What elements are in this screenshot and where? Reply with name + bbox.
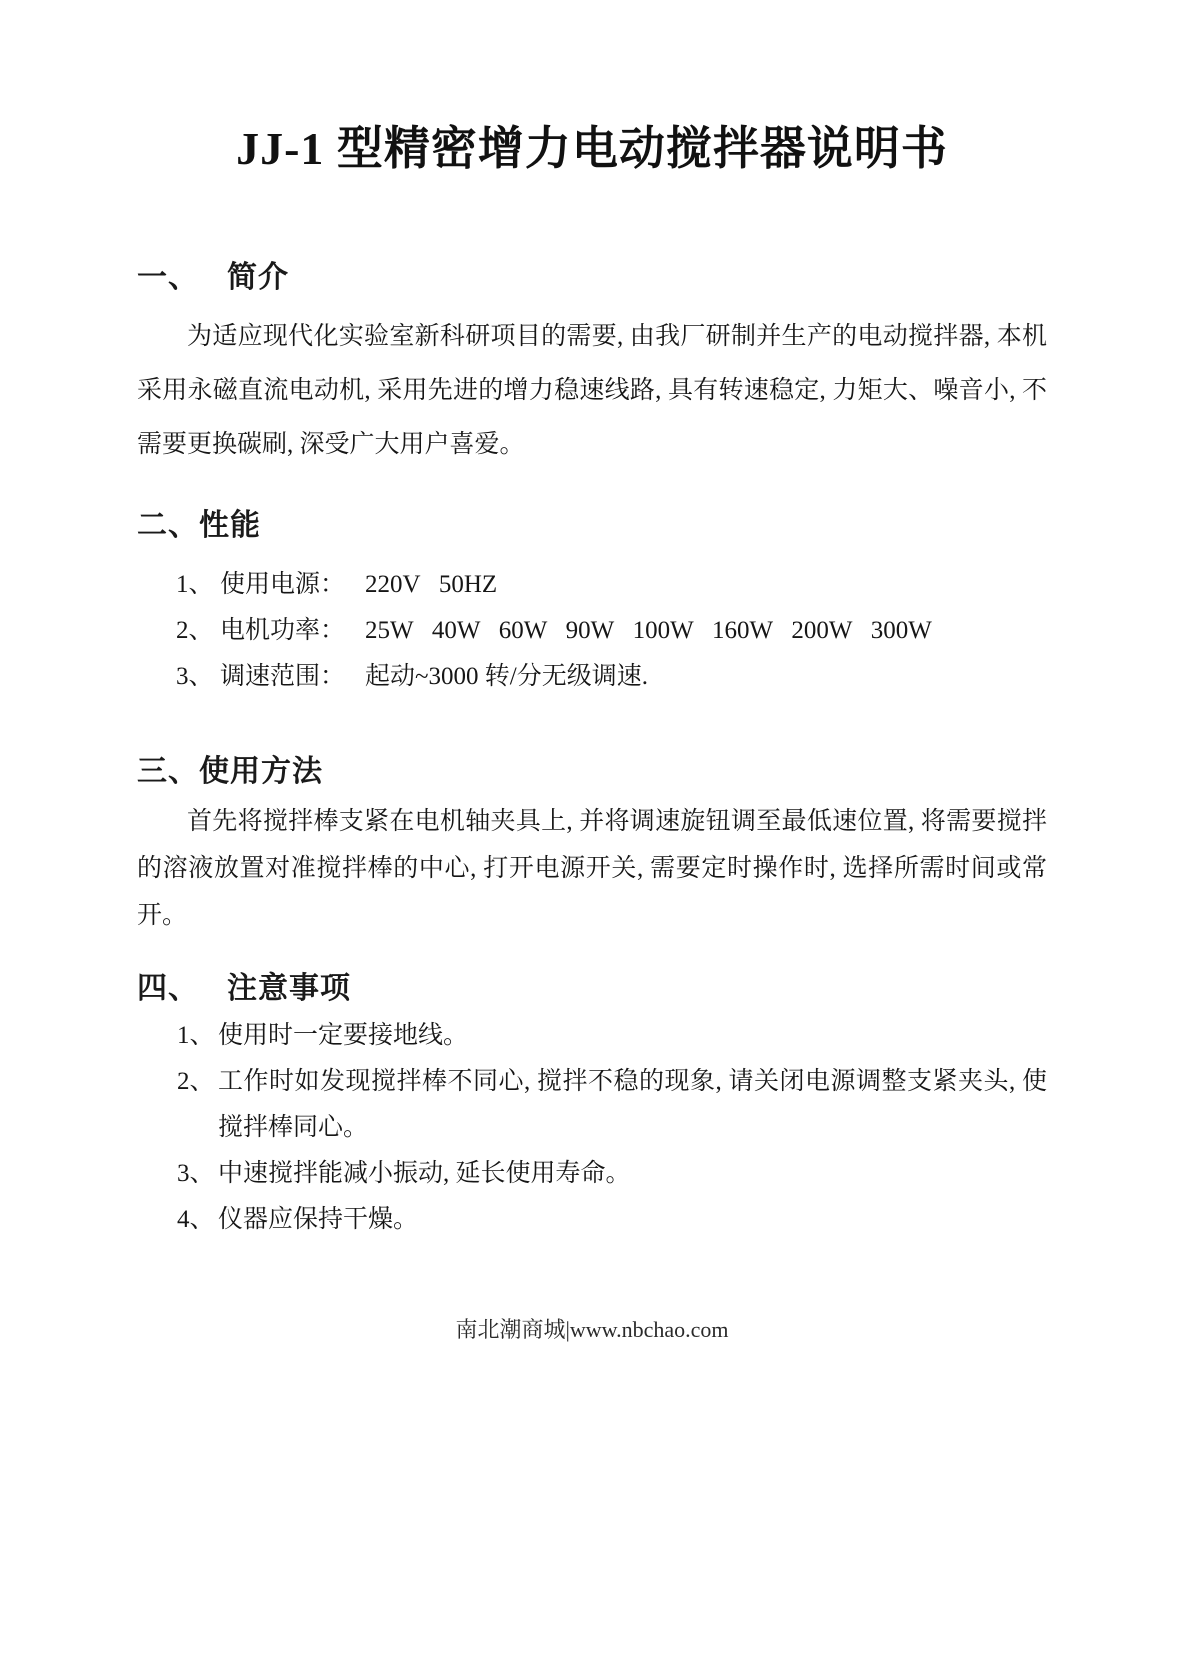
- item-number: 2、: [177, 1059, 218, 1151]
- item-label: 调速范围：: [220, 654, 365, 700]
- notes-list: 1、 使用时一定要接地线。 2、 工作时如发现搅拌棒不同心, 搅拌不稳的现象, …: [137, 1013, 1047, 1243]
- spec-row-power-supply: 1、 使用电源： 220V 50HZ: [176, 562, 1047, 608]
- intro-paragraph: 为适应现代化实验室新科研项目的需要, 由我厂研制并生产的电动搅拌器, 本机采用永…: [137, 310, 1047, 472]
- spec-list: 1、 使用电源： 220V 50HZ 2、 电机功率： 25W 40W 60W …: [137, 562, 1047, 700]
- footer: 南北潮商城|www.nbchao.com: [137, 1315, 1047, 1345]
- manual-page: JJ-1 型精密增力电动搅拌器说明书 一、简介 为适应现代化实验室新科研项目的需…: [0, 0, 1200, 1664]
- usage-paragraph: 首先将搅拌棒支紧在电机轴夹具上, 并将调速旋钮调至最低速位置, 将需要搅拌的溶液…: [137, 798, 1047, 939]
- item-value: 起动~3000 转/分无级调速.: [365, 654, 648, 700]
- document-title: JJ-1 型精密增力电动搅拌器说明书: [137, 118, 1047, 180]
- item-value: 220V 50HZ: [365, 562, 497, 608]
- section-title: 注意事项: [227, 972, 351, 1005]
- section-title: 简介: [227, 261, 289, 294]
- item-label: 电机功率：: [220, 608, 365, 654]
- section-heading-usage: 三、使用方法: [137, 752, 1047, 792]
- item-number: 4、: [177, 1197, 218, 1243]
- item-number: 1、: [176, 562, 220, 608]
- note-row: 4、 仪器应保持干燥。: [177, 1197, 1047, 1243]
- section-number: 三、: [137, 755, 199, 788]
- item-number: 1、: [177, 1013, 218, 1059]
- section-title: 性能: [199, 509, 261, 542]
- section-heading-precautions: 四、注意事项: [137, 969, 1047, 1009]
- spec-row-speed-range: 3、 调速范围： 起动~3000 转/分无级调速.: [176, 654, 1047, 700]
- section-heading-performance: 二、性能: [137, 506, 1047, 546]
- footer-watermark-text: 南北潮商城|www.nbchao.com: [455, 1317, 728, 1342]
- note-row: 3、 中速搅拌能减小振动, 延长使用寿命。: [177, 1151, 1047, 1197]
- section-number: 一、: [137, 261, 199, 294]
- item-number: 3、: [177, 1151, 218, 1197]
- note-text: 仪器应保持干燥。: [218, 1197, 1047, 1243]
- section-heading-intro: 一、简介: [137, 258, 1047, 298]
- note-text: 工作时如发现搅拌棒不同心, 搅拌不稳的现象, 请关闭电源调整支紧夹头, 使搅拌棒…: [218, 1059, 1047, 1151]
- item-number: 3、: [176, 654, 220, 700]
- section-number: 二、: [137, 509, 199, 542]
- note-row: 2、 工作时如发现搅拌棒不同心, 搅拌不稳的现象, 请关闭电源调整支紧夹头, 使…: [177, 1059, 1047, 1151]
- note-row: 1、 使用时一定要接地线。: [177, 1013, 1047, 1059]
- section-number: 四、: [137, 972, 199, 1005]
- spec-row-motor-power: 2、 电机功率： 25W 40W 60W 90W 100W 160W 200W …: [176, 608, 1047, 654]
- note-text: 中速搅拌能减小振动, 延长使用寿命。: [218, 1151, 1047, 1197]
- item-label: 使用电源：: [220, 562, 365, 608]
- section-title: 使用方法: [199, 755, 323, 788]
- note-text: 使用时一定要接地线。: [218, 1013, 1047, 1059]
- item-number: 2、: [176, 608, 220, 654]
- item-value: 25W 40W 60W 90W 100W 160W 200W 300W: [365, 608, 932, 654]
